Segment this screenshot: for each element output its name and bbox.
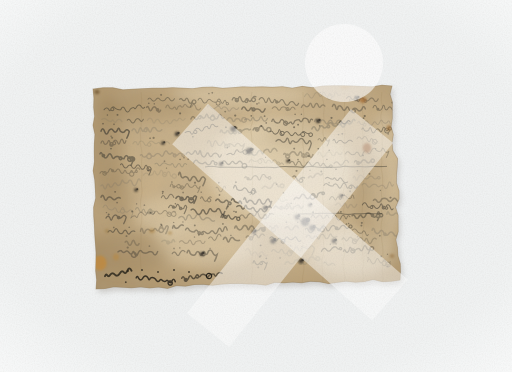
photo-canvas	[0, 0, 512, 372]
manuscript-photograph	[0, 0, 512, 372]
photo-grain-overlay	[0, 0, 512, 372]
